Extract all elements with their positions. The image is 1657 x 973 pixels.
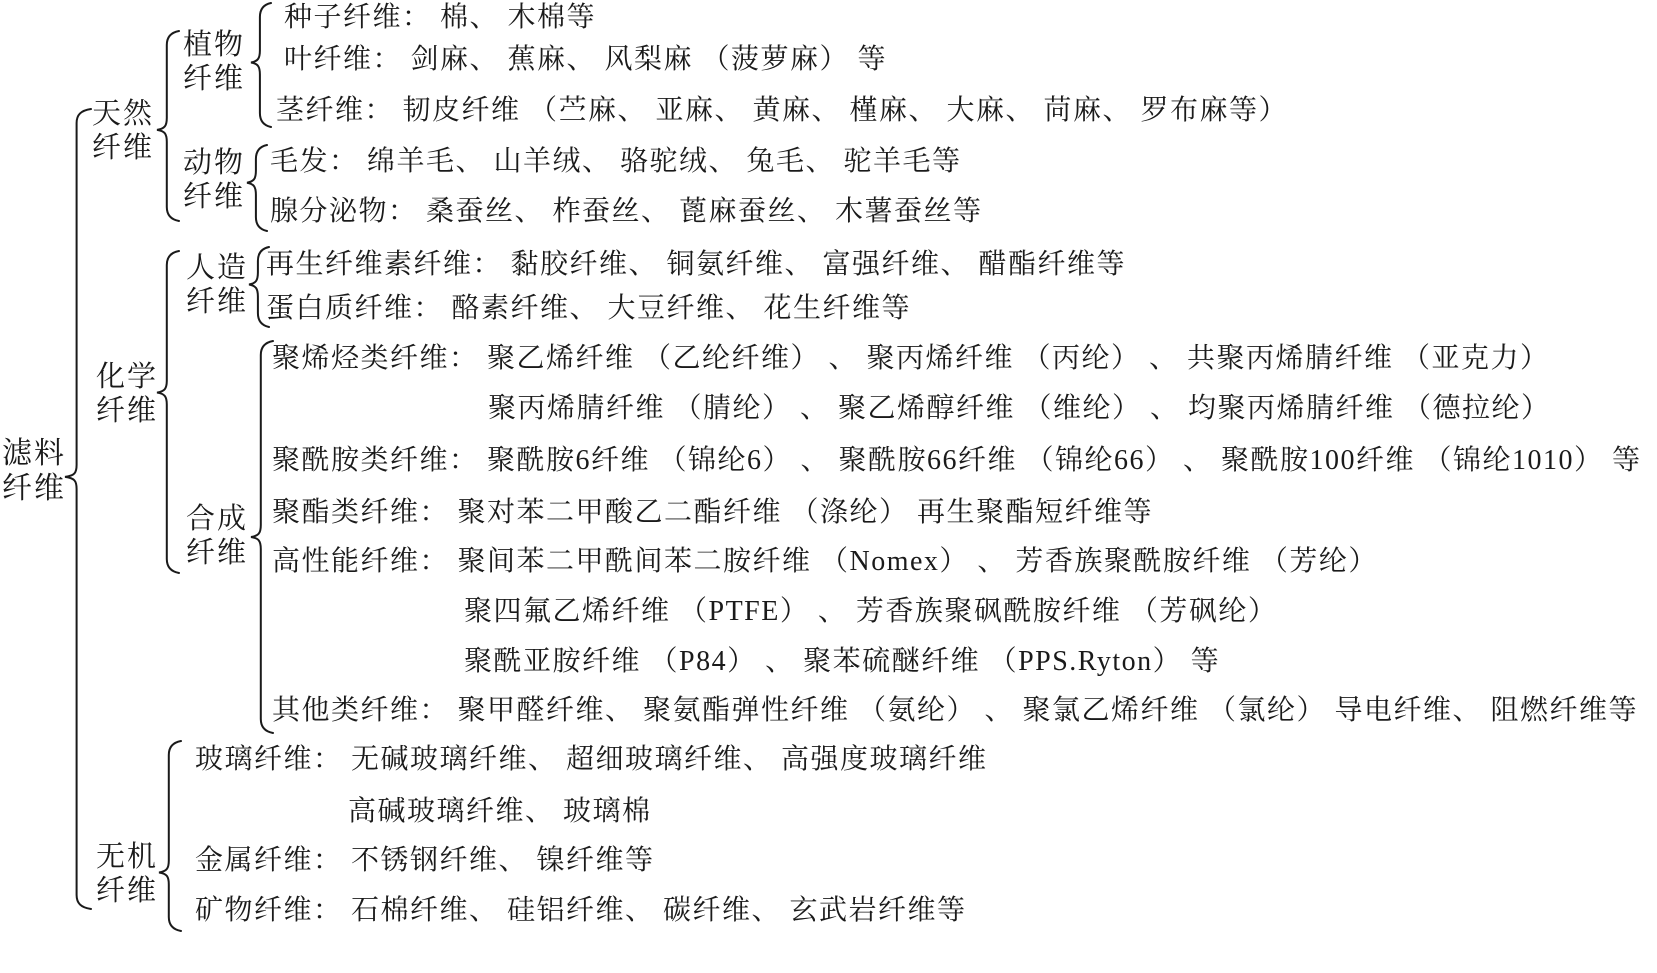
brace-chemical-fiber [156, 250, 180, 574]
row-polyamide-fiber: 聚酰胺类纤维： 聚酰胺6纤维 （锦纶6） 、 聚酰胺66纤维 （锦纶66） 、 … [272, 445, 1642, 477]
label-synthetic-fiber: 合成纤维 [186, 502, 250, 570]
label-natural-fiber: 天然纤维 [92, 97, 156, 165]
row-glass-fiber-line2: 高碱玻璃纤维、 玻璃棉 [348, 796, 652, 828]
row-gland-secretion-fiber: 腺分泌物： 桑蚕丝、 柞蚕丝、 蓖麻蚕丝、 木薯蚕丝等 [270, 196, 983, 228]
root-label: 滤料纤维 [2, 436, 66, 506]
label-animal-fiber: 动物纤维 [183, 146, 247, 214]
row-leaf-fiber: 叶纤维： 剑麻、 蕉麻、 风梨麻 （菠萝麻） 等 [284, 44, 887, 76]
brace-plant-fiber [250, 2, 272, 128]
label-chemical-fiber: 化学纤维 [96, 360, 160, 428]
row-high-performance-fiber-line2: 聚四氟乙烯纤维 （PTFE） 、 芳香族聚砜酰胺纤维 （芳砜纶） [464, 596, 1277, 628]
row-high-performance-fiber-line1: 高性能纤维： 聚间苯二甲酰间苯二胺纤维 （Nomex） 、 芳香族聚酰胺纤维 （… [272, 546, 1378, 578]
brace-root [64, 108, 92, 910]
row-high-performance-fiber-line3: 聚酰亚胺纤维 （P84） 、 聚苯硫醚纤维 （PPS.Ryton） 等 [464, 646, 1220, 678]
row-stem-fiber: 茎纤维： 韧皮纤维 （苎麻、 亚麻、 黄麻、 槿麻、 大麻、 苘麻、 罗布麻等） [276, 95, 1288, 127]
label-inorganic-fiber: 无机纤维 [96, 840, 160, 908]
brace-natural-fiber [156, 30, 180, 222]
row-hair-fiber: 毛发： 绵羊毛、 山羊绒、 骆驼绒、 兔毛、 驼羊毛等 [270, 146, 962, 178]
brace-inorganic-fiber [158, 740, 182, 932]
brace-synthetic-fiber [250, 340, 274, 734]
row-mineral-fiber: 矿物纤维： 石棉纤维、 硅铝纤维、 碳纤维、 玄武岩纤维等 [195, 895, 967, 927]
row-polyolefin-fiber-line2: 聚丙烯腈纤维 （腈纶） 、 聚乙烯醇纤维 （维纶） 、 均聚丙烯腈纤维 （德拉纶… [488, 393, 1551, 425]
label-manmade-fiber: 人造纤维 [186, 251, 250, 319]
row-glass-fiber-line1: 玻璃纤维： 无碱玻璃纤维、 超细玻璃纤维、 高强度玻璃纤维 [195, 744, 988, 776]
label-plant-fiber: 植物纤维 [183, 28, 247, 96]
row-regenerated-cellulose-fiber: 再生纤维素纤维： 黏胶纤维、 铜氨纤维、 富强纤维、 醋酯纤维等 [266, 249, 1126, 281]
row-seed-fiber: 种子纤维： 棉、 木棉等 [284, 2, 596, 34]
row-polyester-fiber: 聚酯类纤维： 聚对苯二甲酸乙二酯纤维 （涤纶） 再生聚酯短纤维等 [272, 497, 1153, 529]
row-metal-fiber: 金属纤维： 不锈钢纤维、 镍纤维等 [195, 845, 655, 877]
filter-fiber-classification-diagram: 滤料纤维 天然纤维 化学纤维 无机纤维 植物纤维 动物纤维 人造纤维 合成纤维 … [0, 0, 1657, 973]
brace-animal-fiber [246, 144, 268, 232]
row-other-fiber: 其他类纤维： 聚甲醛纤维、 聚氨酯弹性纤维 （氨纶） 、 聚氯乙烯纤维 （氯纶）… [272, 695, 1638, 727]
row-polyolefin-fiber-line1: 聚烯烃类纤维： 聚乙烯纤维 （乙纶纤维） 、 聚丙烯纤维 （丙纶） 、 共聚丙烯… [272, 343, 1550, 375]
row-protein-fiber: 蛋白质纤维： 酪素纤维、 大豆纤维、 花生纤维等 [266, 293, 911, 325]
